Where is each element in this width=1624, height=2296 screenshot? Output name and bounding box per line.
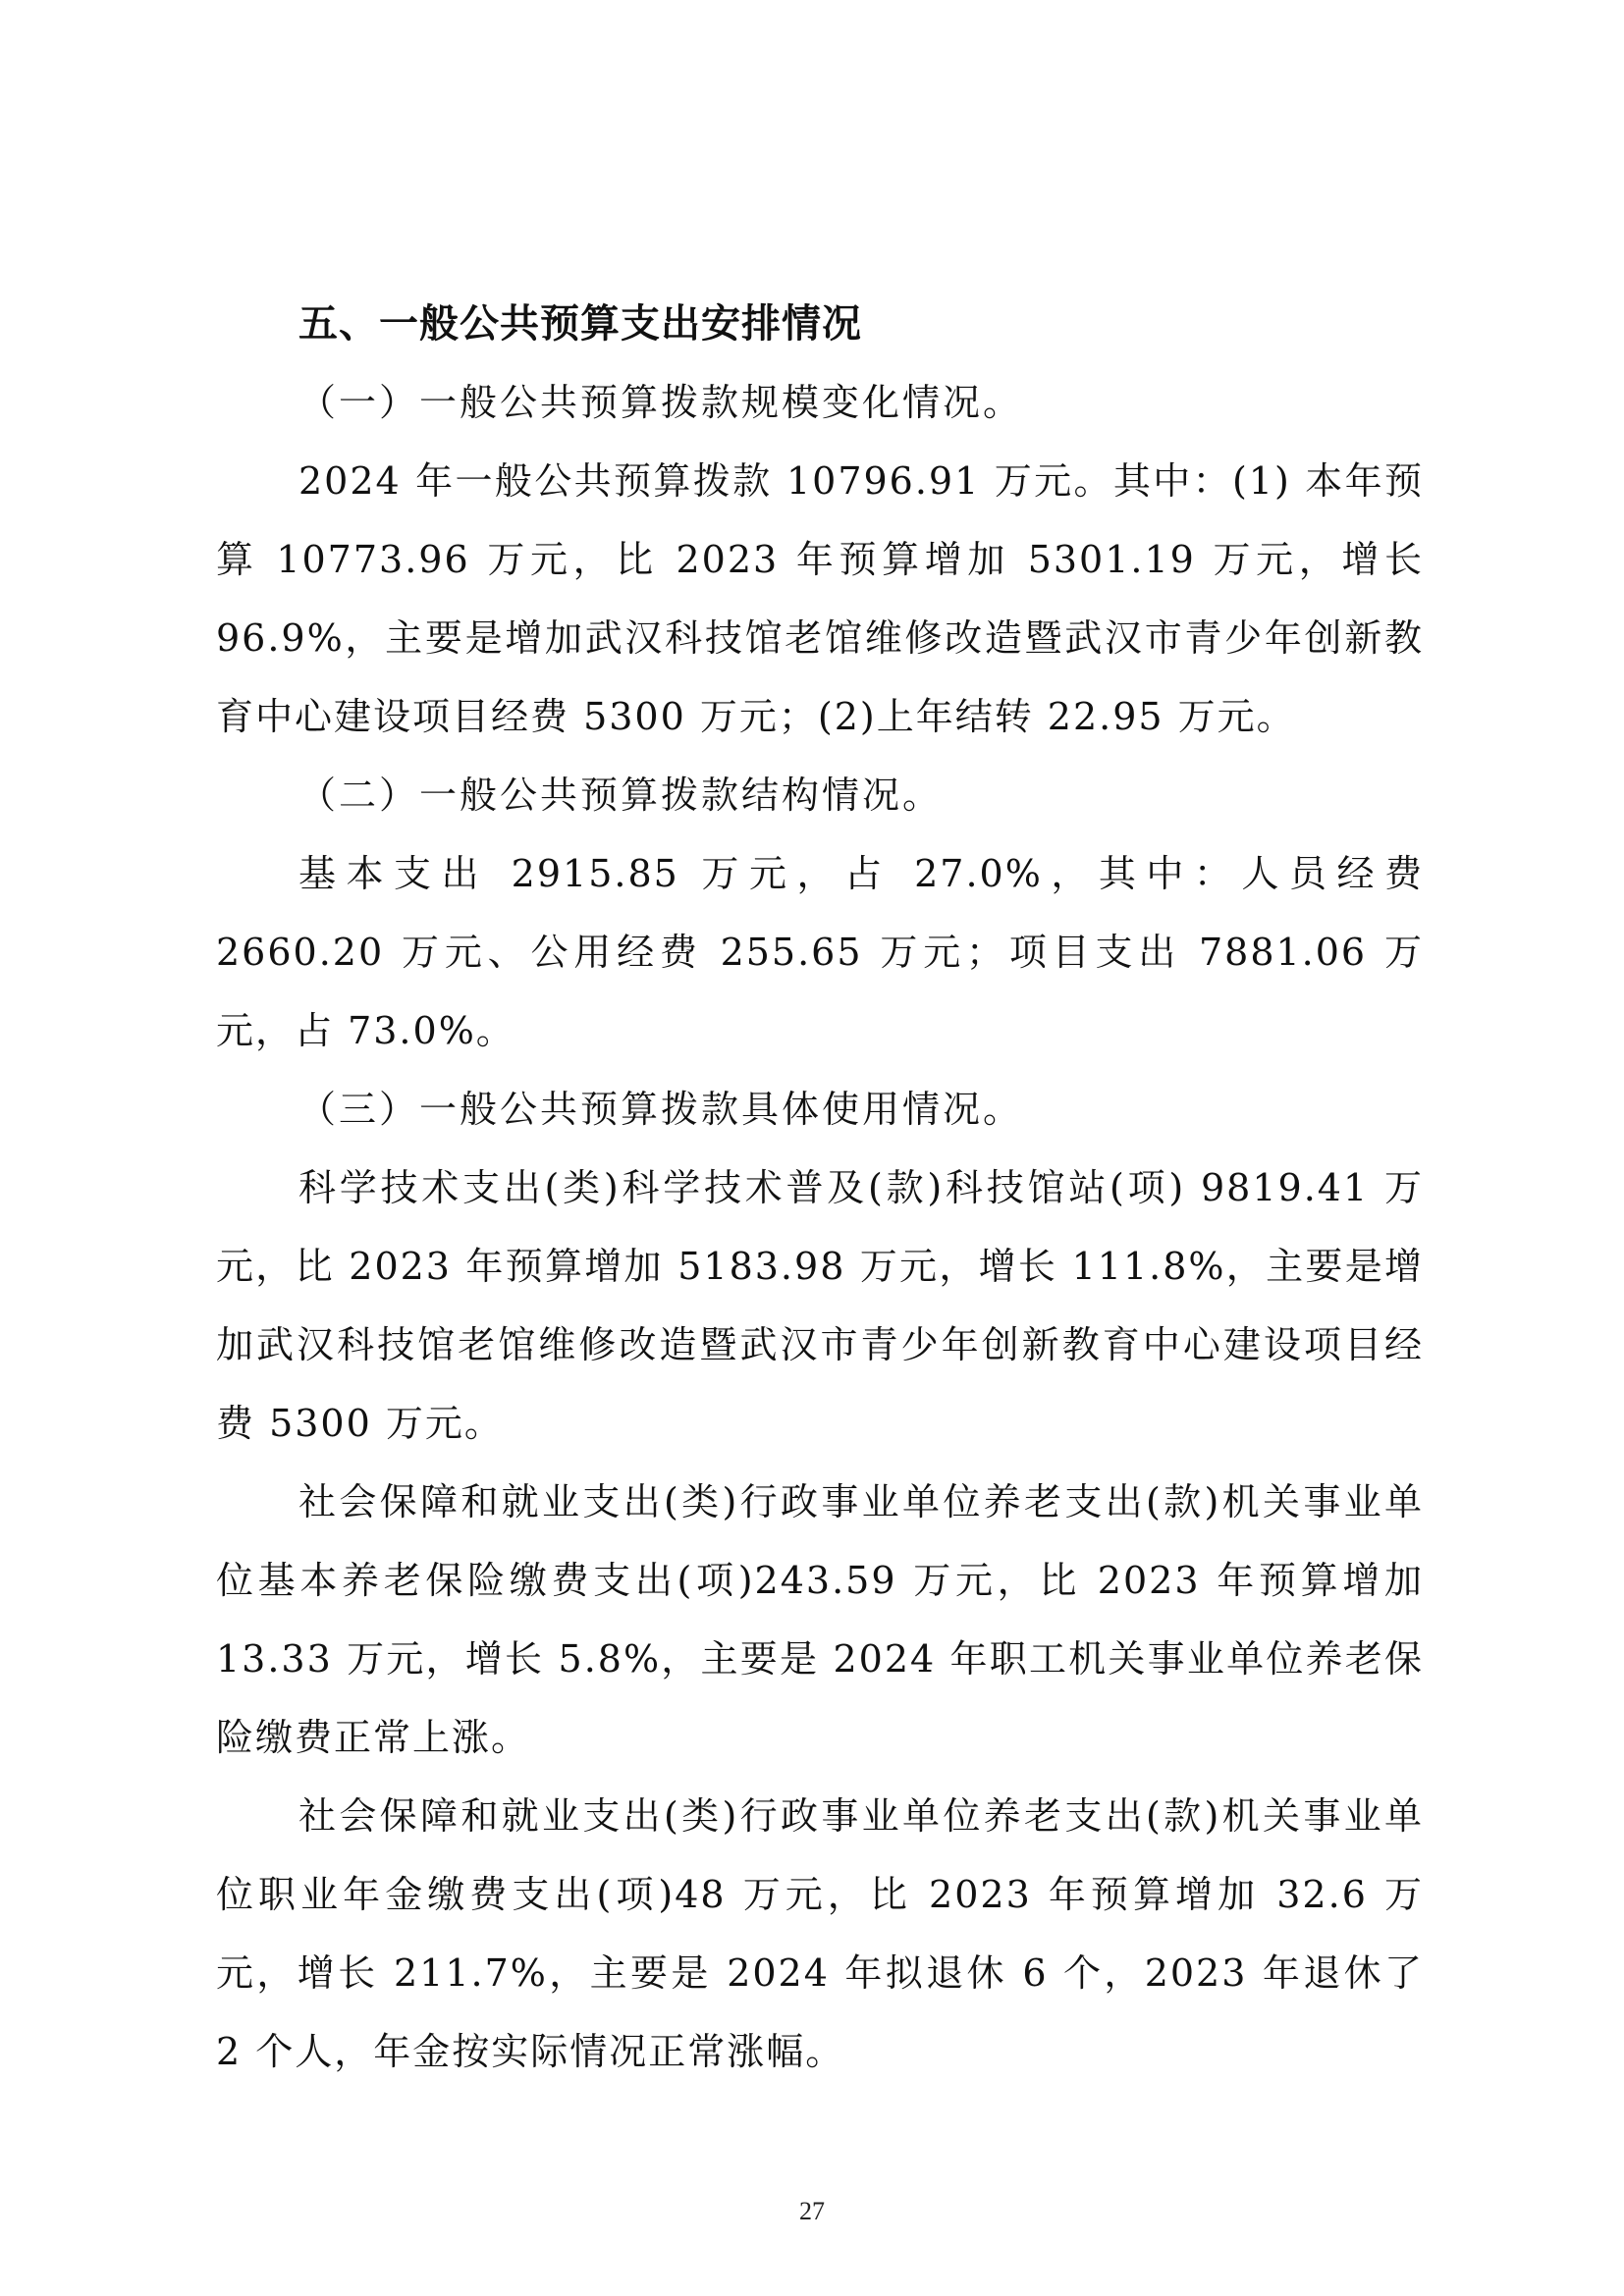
paragraph: 科学技术支出(类)科学技术普及(款)科技馆站(项) 9819.41 万元，比 2… — [216, 1148, 1424, 1463]
page-content: 五、一般公共预算支出安排情况 （一）一般公共预算拨款规模变化情况。 2024 年… — [216, 285, 1424, 2091]
page-number: 27 — [0, 2197, 1624, 2226]
subsection-title-2: （二）一般公共预算拨款结构情况。 — [216, 756, 1424, 834]
document-page: 五、一般公共预算支出安排情况 （一）一般公共预算拨款规模变化情况。 2024 年… — [0, 0, 1624, 2296]
subsection-title-1: （一）一般公共预算拨款规模变化情况。 — [216, 363, 1424, 442]
section-heading: 五、一般公共预算支出安排情况 — [216, 285, 1424, 363]
paragraph: 2024 年一般公共预算拨款 10796.91 万元。其中：(1) 本年预算 1… — [216, 442, 1424, 756]
paragraph: 社会保障和就业支出(类)行政事业单位养老支出(款)机关事业单位基本养老保险缴费支… — [216, 1463, 1424, 1777]
paragraph: 基本支出 2915.85 万元，占 27.0%，其中：人员经费 2660.20 … — [216, 834, 1424, 1070]
subsection-title-3: （三）一般公共预算拨款具体使用情况。 — [216, 1070, 1424, 1148]
paragraph: 社会保障和就业支出(类)行政事业单位养老支出(款)机关事业单位职业年金缴费支出(… — [216, 1777, 1424, 2091]
